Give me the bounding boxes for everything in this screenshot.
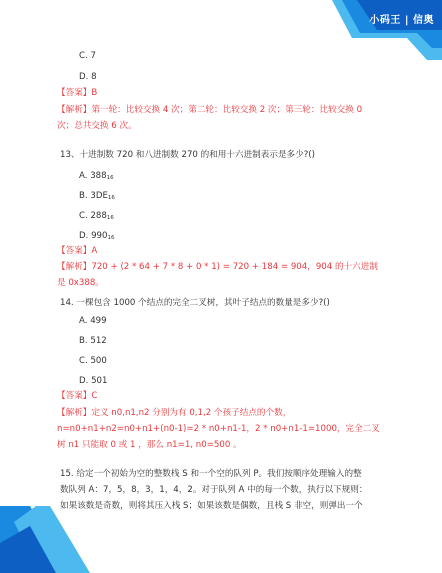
q13-option-b: B. 3DE16	[79, 190, 115, 204]
q14-option-b: B. 512	[79, 335, 107, 347]
q14-analysis-line-2: n=n0+n1+n2=n0+n1+(n0-1)=2 * n0+n1-1，2 * …	[57, 423, 380, 435]
q13-option-d: D. 99016	[79, 230, 114, 244]
document-page: 小码王 | 信奥 C. 7 D. 8 【答案】B 【解析】第一轮：比较交换 4 …	[0, 0, 442, 573]
q13-option-a: A. 38816	[79, 170, 114, 184]
q15-line-2: 数队列 A：7，5，8，3，1，4，2。对于队列 A 中的每一个数，执行以下规则…	[60, 484, 367, 496]
brand-header-decoration: 小码王 | 信奥	[332, 0, 442, 60]
q12-answer: 【答案】B	[57, 87, 97, 99]
q12-option-c: C. 7	[79, 50, 96, 62]
brand-wave-graphic	[332, 0, 442, 60]
q12-option-d: D. 8	[79, 71, 97, 83]
q14-option-a: A. 499	[79, 315, 107, 327]
q14-option-d: D. 501	[79, 375, 107, 387]
q14-option-c: C. 500	[79, 355, 107, 367]
q15-line-3: 如果该数是奇数，则将其压入栈 S；如果该数是偶数，且栈 S 非空，则弹出一个	[60, 500, 363, 512]
q13-title: 13、十进制数 720 和八进制数 270 的和用十六进制表示是多少?()	[60, 149, 315, 161]
q13-analysis-line-1: 【解析】720 + (2 * 64 + 7 * 8 + 0 * 1) = 720…	[57, 261, 378, 273]
q15-line-1: 15. 给定一个初始为空的整数栈 S 和一个空的队列 P。我们按顺序处理输入的整	[60, 468, 362, 480]
q14-analysis-line-3: 树 n1 只能取 0 或 1 ，那么 n1=1, n0=500 。	[57, 439, 242, 451]
q12-analysis-line-2: 次；总共交换 6 次。	[57, 120, 137, 132]
brand-logo-text: 小码王 | 信奥	[369, 11, 434, 26]
q14-analysis-line-1: 【解析】定义 n0,n1,n2 分别为有 0,1,2 个孩子结点的个数，	[57, 407, 291, 419]
q13-answer: 【答案】A	[57, 245, 97, 257]
brand-footer-decoration	[0, 498, 90, 573]
q12-analysis-line-1: 【解析】第一轮：比较交换 4 次；第二轮：比较交换 2 次；第三轮：比较交换 0	[57, 104, 362, 116]
q14-title: 14. 一棵包含 1000 个结点的完全二叉树，其叶子结点的数量是多少?()	[60, 297, 330, 309]
q14-answer: 【答案】C	[57, 390, 97, 402]
q13-option-c: C. 28816	[79, 210, 114, 224]
q13-analysis-line-2: 是 0x388。	[57, 277, 104, 289]
